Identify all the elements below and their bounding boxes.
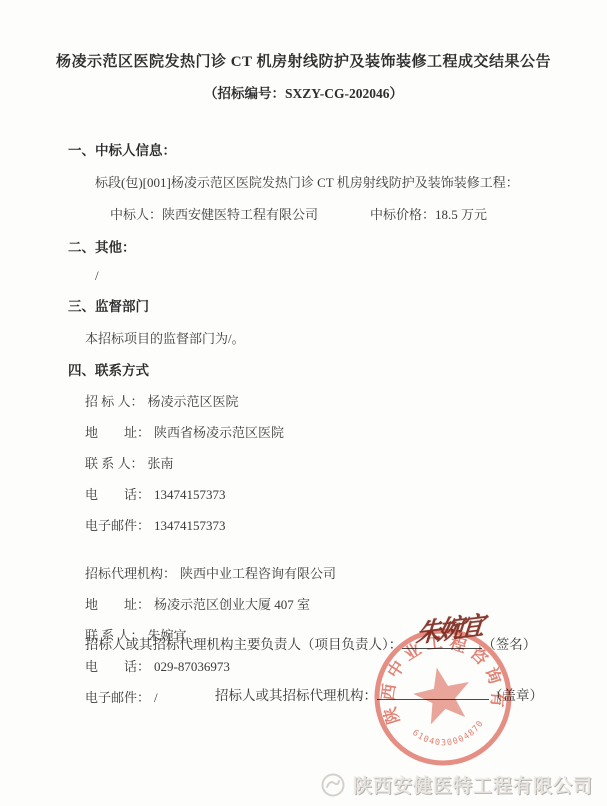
agency-address-value: 杨凌示范区创业大厦 407 室	[154, 597, 310, 612]
company-logo-icon	[320, 772, 346, 798]
seal-star-icon	[409, 662, 476, 727]
section-3-heading: 三、监督部门	[68, 295, 607, 315]
footer-company-name: 陕西安健医特工程有限公司	[353, 771, 593, 798]
tenderer-contact-person-row: 联 系 人：张南	[85, 453, 607, 472]
package-line: 标段(包)[001]杨凌示范区医院发热门诊 CT 机房射线防护及装饰装修工程：	[95, 172, 607, 191]
agency-name-value: 陕西中业工程咨询有限公司	[180, 566, 336, 581]
price-label: 中标价格：	[370, 207, 435, 222]
agency-name-label: 招标代理机构：	[85, 566, 176, 581]
tenderer-address-value: 陕西省杨凌示范区医院	[154, 425, 284, 440]
agency-phone-label: 电 话：	[85, 659, 150, 674]
tenderer-name-value: 杨凌示范区医院	[148, 394, 239, 409]
section-4-heading: 四、联系方式	[68, 359, 607, 379]
tenderer-contact-person-label: 联 系 人：	[85, 456, 144, 471]
agency-email-label: 电子邮件：	[85, 690, 150, 705]
footer-watermark: 陕西安健医特工程有限公司	[320, 771, 593, 798]
tenderer-address-label: 地 址：	[85, 425, 150, 440]
svg-text:6104030004870: 6104030004870	[409, 714, 490, 756]
agency-phone-value: 029-87036973	[154, 659, 230, 674]
tenderer-name-row: 招 标 人：杨凌示范区医院	[85, 391, 607, 410]
winner-label: 中标人：	[110, 207, 162, 222]
seal-number-text: 6104030004870	[409, 714, 490, 756]
tenderer-email-row: 电子邮件：13474157373	[85, 515, 607, 534]
tenderer-phone-label: 电 话：	[85, 487, 150, 502]
winner-value: 陕西安健医特工程有限公司	[162, 207, 318, 222]
section-2-content: /	[95, 268, 607, 284]
tenderer-contact-person-value: 张南	[148, 456, 174, 471]
tenderer-address-row: 地 址：陕西省杨凌示范区医院	[85, 422, 607, 441]
price-value: 18.5 万元	[435, 207, 487, 222]
agency-name-row: 招标代理机构：陕西中业工程咨询有限公司	[85, 563, 607, 582]
winner-line: 中标人：陕西安健医特工程有限公司中标价格：18.5 万元	[110, 204, 607, 223]
agency-phone-row: 电 话：029-87036973	[85, 656, 607, 675]
tenderer-name-label: 招 标 人：	[85, 394, 144, 409]
page-title: 杨凌示范区医院发热门诊 CT 机房射线防护及装饰装修工程成交结果公告	[0, 0, 607, 71]
org-seal-label: 招标人或其招标代理机构：	[215, 688, 377, 703]
agency-address-label: 地 址：	[85, 597, 150, 612]
tenderer-phone-value: 13474157373	[154, 487, 226, 502]
section-1-heading: 一、中标人信息：	[68, 139, 607, 159]
tenderer-email-value: 13474157373	[154, 518, 226, 533]
tenderer-email-label: 电子邮件：	[85, 518, 150, 533]
section-3-content: 本招标项目的监督部门为/。	[85, 328, 607, 347]
document-page: 杨凌示范区医院发热门诊 CT 机房射线防护及装饰装修工程成交结果公告 （招标编号…	[0, 0, 607, 806]
tenderer-contact-block: 招 标 人：杨凌示范区医院 地 址：陕西省杨凌示范区医院 联 系 人：张南 电 …	[85, 391, 607, 534]
tenderer-phone-row: 电 话：13474157373	[85, 484, 607, 503]
tender-number: （招标编号：SXZY-CG-202046）	[0, 82, 607, 102]
section-2-heading: 二、其他：	[68, 236, 607, 256]
agency-email-value: /	[154, 690, 158, 705]
agency-address-row: 地 址：杨凌示范区创业大厦 407 室	[85, 594, 607, 613]
